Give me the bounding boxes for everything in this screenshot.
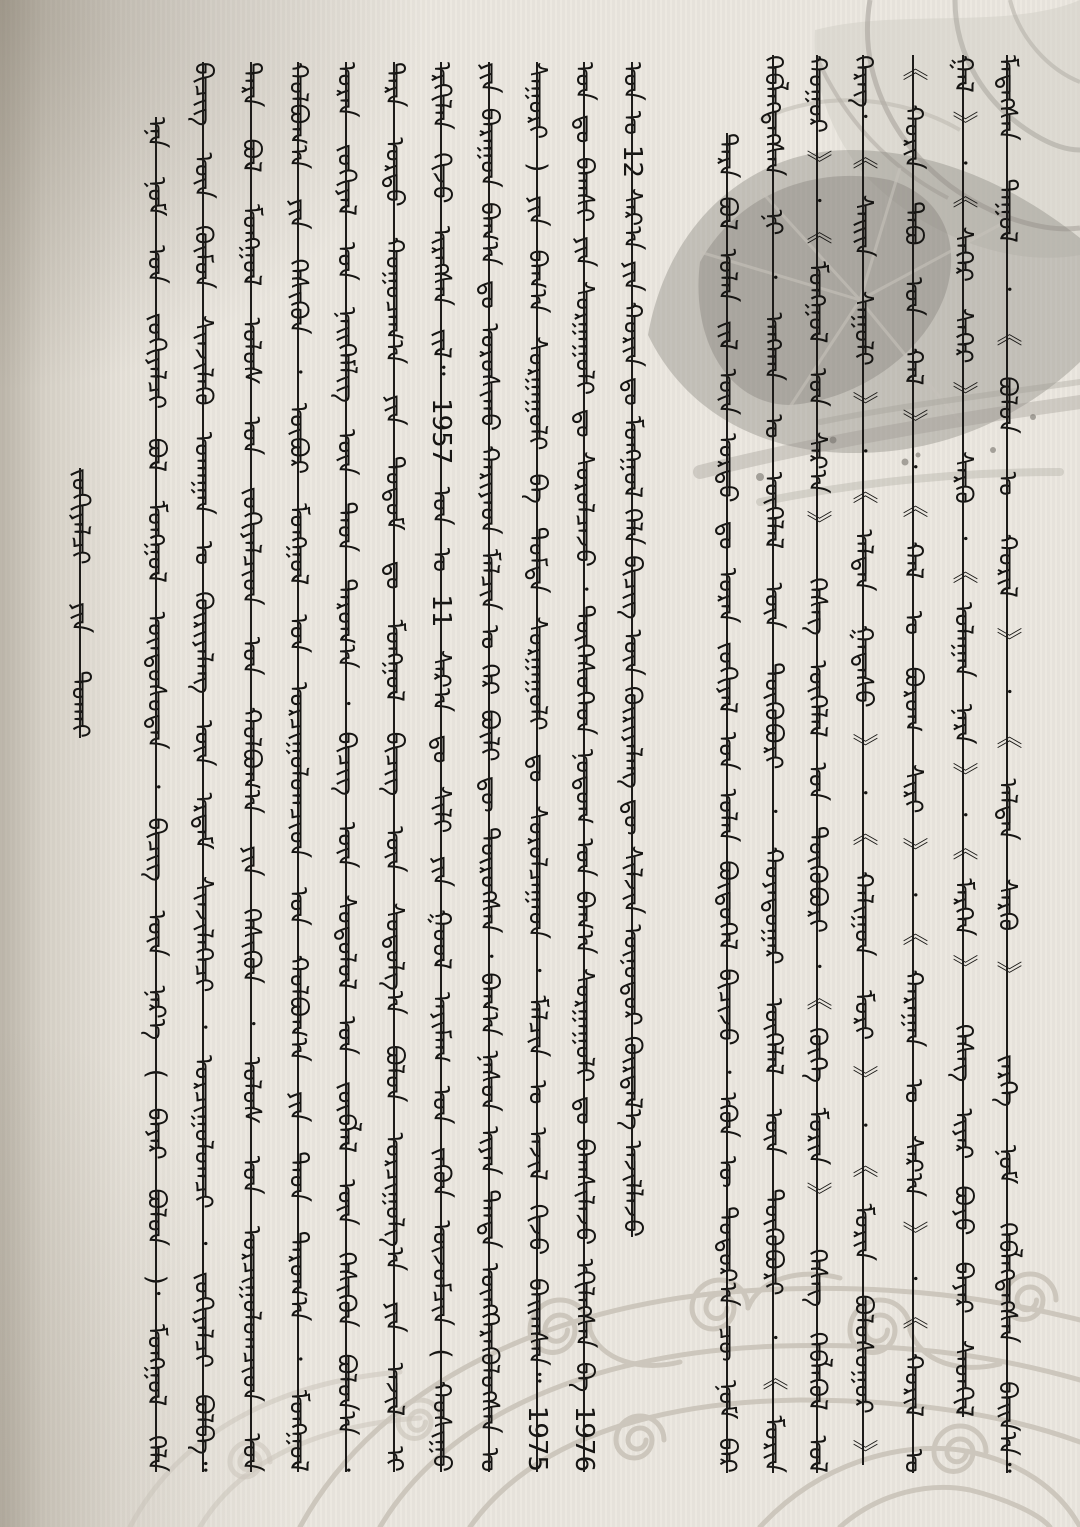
text-column: ᠭᠠᠯ》᠂《ᠰᠡᠭᠡᠷ ᠰᠡᠭᠡᠷ》 ᠰᠡᠷᠭᠦ ᠂《ᠤᠯᠠᠭᠠᠨ ᠨᠠᠷᠠ》᠂…: [943, 55, 983, 1417]
text-column: ᠬᠡᠪᠯᠡᠭᠳᠡᠭᠰᠡᠨ ᠨᠢ ᠂ ᠠᠩᠬᠠᠨ ᠤ ᠦᠭᠡᠯᠡᠯ ᠦᠨ ᠲᠦᠭᠦ…: [753, 55, 793, 1473]
text-column: ᠲᠡᠷᠡ ᠪᠣᠯ ᠮᠣᠩᠭᠣᠯ ᠤᠯᠤᠰ ᠤᠨ ᠵᠣᠬᠢᠶᠠᠯᠴᠢᠳ ᠤᠨ ᠬᠣ…: [231, 62, 271, 1472]
text-column: ᠬᠤᠭᠤᠷ》᠂《ᠮᠣᠩᠭᠣᠯ ᠤᠨ ᠰᠠᠷ᠎ᠠ》 ᠬᠡᠰᠡᠭ ᠦᠭᠡᠯᠡᠯ ᠤᠨ…: [797, 55, 837, 1473]
text-column: ᠤᠷᠠᠨ ᠵᠣᠬᠢᠶᠠᠯ ᠤᠨ ᠨᠡᠢᠭᠡᠮᠯᠢᠭ ᠦᠨ ᠳᠡᠳ ᠳᠠᠷᠤᠭ᠎ᠠ…: [326, 62, 366, 1472]
heading-column: ᠵᠣᠬᠢᠶᠠᠯᠴᠢ ᠶᠢᠨ ᠲᠤᠬᠠᠢ: [60, 468, 100, 738]
text-column: ᠮᠡᠳᠡᠭᠰᠡᠨ ᠳᠠᠭᠤᠯ ᠂《ᠪᠣᠯᠤᠨ ᠤ ᠬᠣᠷᠢᠯ》᠂《ᠠᠯᠲᠠᠨ ᠰ…: [987, 55, 1027, 1473]
text-column: ᠶᠢᠨ ᠪᠠᠷᠠᠭᠤᠨ ᠪᠠᠭ᠎ᠠ ᠳᠤ ᠣᠷᠣᠰᠢᠬᠤ ᠬᠠᠷᠢᠶᠠᠳ ᠮᠠᠯ…: [469, 62, 509, 1472]
text-column: 《ᠬᠣᠷᠢᠨ ᠲᠠᠪᠤ ᠤᠨ ᠬᠠᠯ》᠂《ᠬᠠᠯ ᠤ ᠪᠣᠷᠤᠭ ᠰᠢᠷᠢ》᠂《…: [893, 55, 933, 1473]
text-column: ᠬᠣᠯᠪᠣᠭ᠎ᠠ ᠶᠢᠨ ᠭᠡᠰᠢᠭᠦᠨ ᠂ ᠦᠪᠦᠷ ᠮᠣᠩᠭᠣᠯ ᠤᠨ ᠣᠷ…: [278, 62, 318, 1472]
cloud-scroll-lines: [130, 1274, 1080, 1527]
text-column: ᠣᠨ ᠤ 12 ᠰᠠᠷ᠎ᠠ ᠶᠢᠨ ᠬᠣᠷᠢᠨ ᠳᠤ ᠮᠣᠩᠭᠣᠯ ᠬᠡᠯᠡ ᠪ…: [612, 62, 652, 1237]
text-column: ᠲᠡᠷᠡ ᠤᠷᠲᠤ ᠬᠤᠭᠤᠴᠠᠭ᠎ᠠ ᠶᠢᠨ ᠳᠤᠲᠤᠮ ᠳᠤ ᠮᠣᠩᠭᠣᠯ …: [374, 62, 414, 1472]
text-column: ᠲᠡᠷᠡ ᠪᠣᠯ ᠣᠯᠠᠨ ᠵᠢᠯ ᠦᠨ ᠤᠷᠲᠤ ᠳᠤ ᠤᠷᠠᠨ ᠵᠣᠬᠢᠶᠠ…: [707, 133, 747, 1473]
text-column: ᠣᠨ ᠳᠤ ᠪᠠᠭᠰᠢ ᠶᠢᠨ ᠰᠤᠷᠭᠠᠭᠤᠯᠢ ᠳᠤ ᠰᠤᠷᠤᠯᠴᠠᠵᠤ ᠂…: [564, 62, 604, 1472]
text-column: ᠡᠷᠬᠢᠯᠡᠨ ᠬᠢᠵᠦ ᠢᠷᠡᠭᠰᠡᠨ ᠵᠢᠯ᠃ 1957 ᠣᠨ ᠤ 11 ᠰ…: [421, 62, 461, 1472]
scroll-arc: [840, 1487, 1050, 1527]
text-column: ᠪᠢᠴᠢᠭ ᠦᠨ ᠬᠦᠮᠦᠨ ᠰᠢᠨᠵᠢᠯᠡᠬᠦ ᠤᠬᠠᠭᠠᠨ ᠤ ᠬᠦᠷᠢᠶᠡ…: [183, 62, 223, 1472]
text-column: ᠡᠨᠡ ᠨᠣᠮ ᠤᠨ ᠵᠣᠬᠢᠶᠠᠯᠴᠢ ᠪᠣᠯ ᠮᠣᠩᠭᠣᠯ ᠦᠨᠳᠦᠰᠦᠲᠡ…: [136, 117, 176, 1472]
text-column: ᠬᠡᠷᠡᠭ᠂《ᠰᠠᠢᠢᠨ ᠰᠠᠭᠤᠯᠢ》᠂《ᠠᠯᠲᠠᠨ ᠭᠠᠳᠠᠰᠤ》᠂《ᠬᠠᠯ…: [843, 55, 883, 1465]
text-column: ᠰᠠᠭᠤᠷᠢ ) ᠶᠢᠨ ᠪᠠᠭ᠎ᠠ ᠰᠤᠷᠭᠠᠭᠤᠯᠢ ᠪᠠ ᠳᠤᠮᠳᠠ ᠰᠤ…: [517, 62, 557, 1472]
